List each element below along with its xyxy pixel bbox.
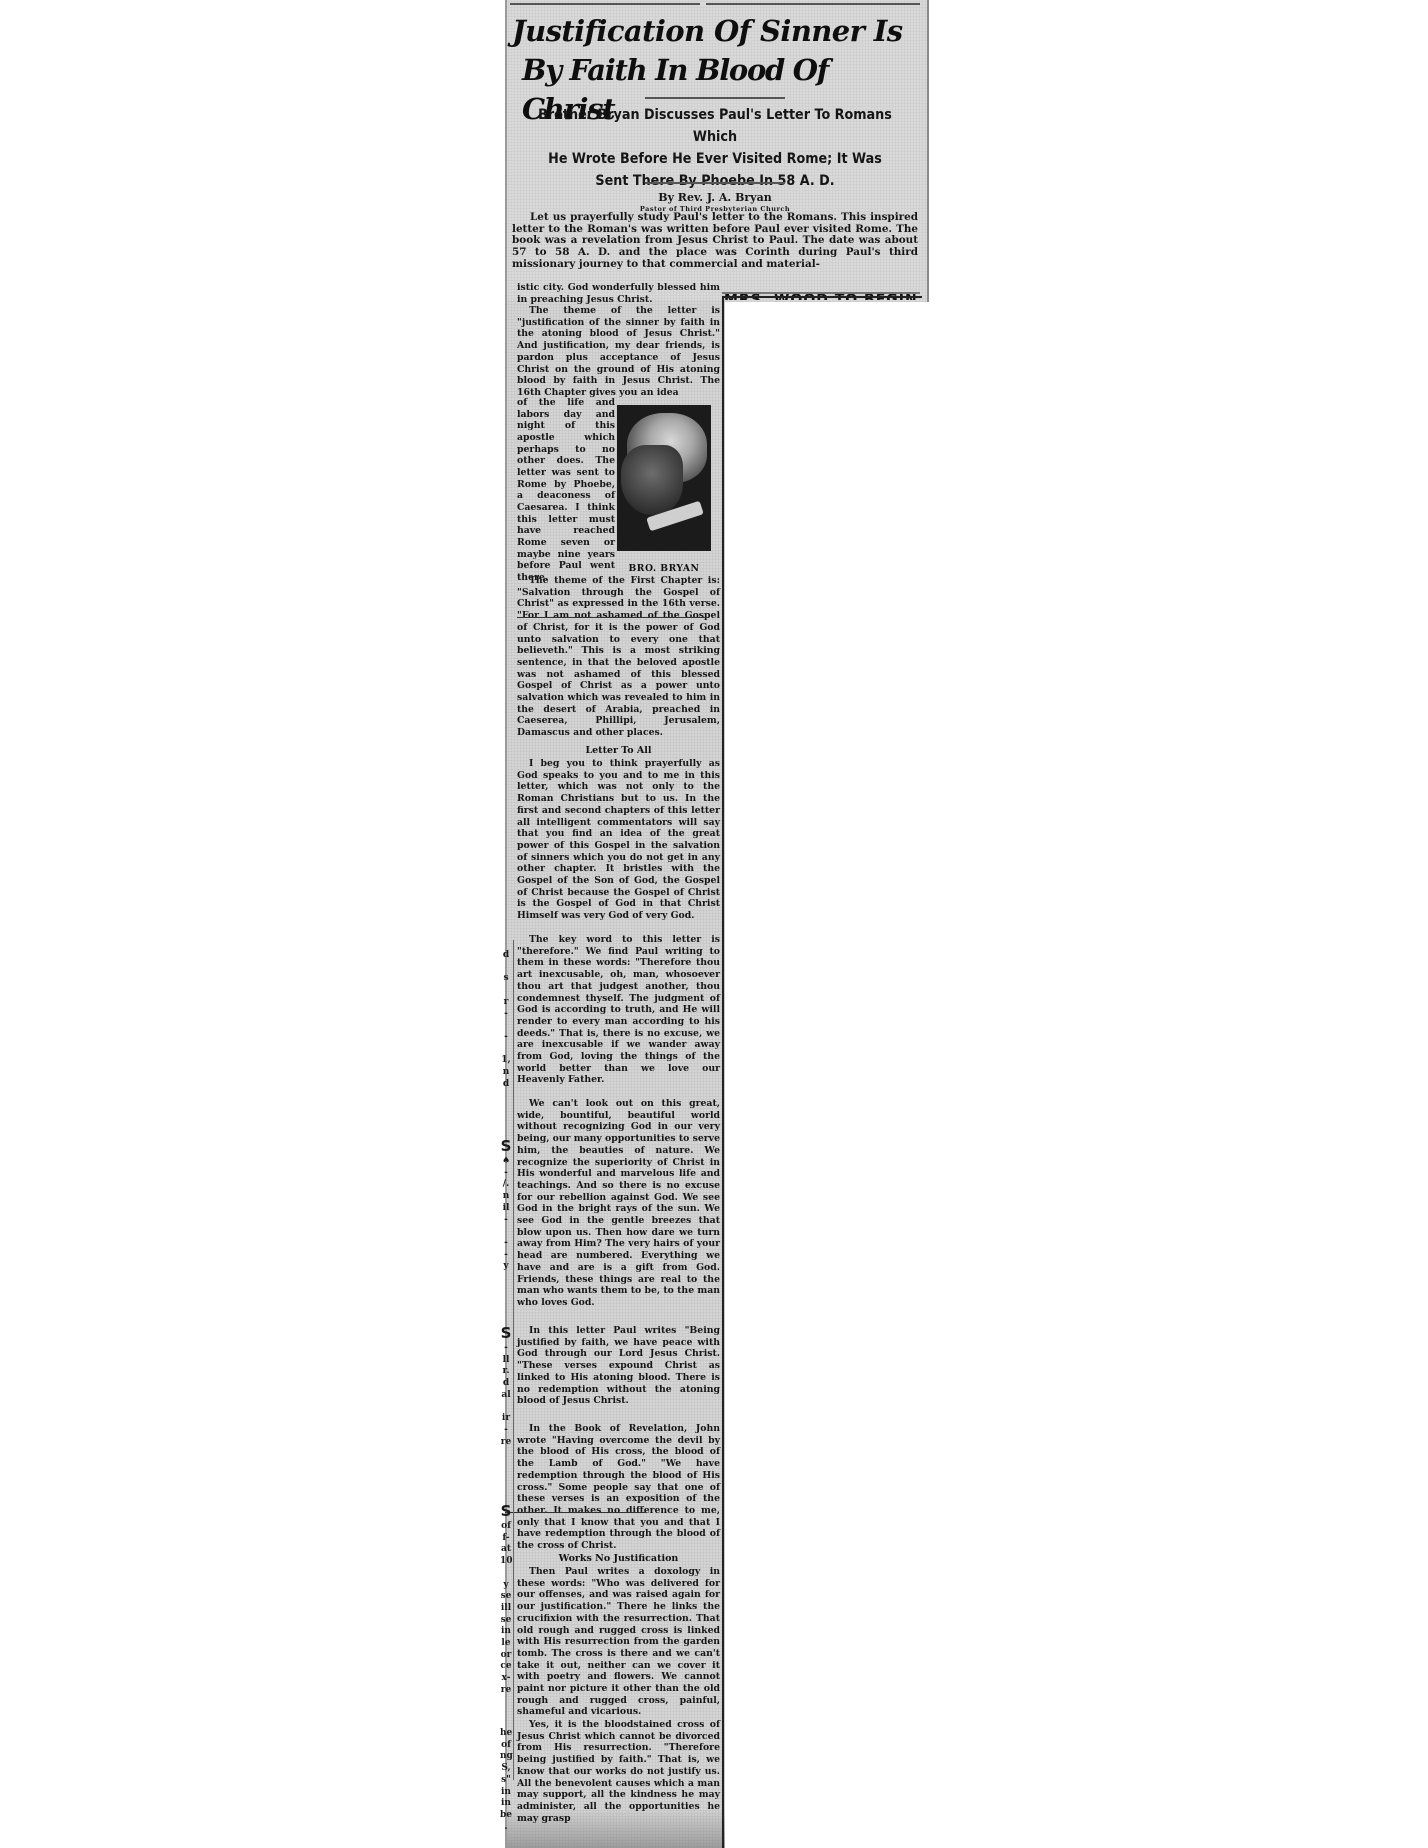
fragment: r. (500, 1366, 512, 1378)
adjacent-column-fragments-4: of f- at 10 y se ill se in le or ce x- r… (500, 1521, 512, 1697)
fragment: x- (500, 1673, 512, 1685)
adjacent-column-border (722, 296, 922, 298)
fragment: in (500, 1798, 512, 1810)
fragment: le (500, 1638, 512, 1650)
wrap-line: night of this (517, 420, 615, 432)
adjacent-heading-letter: S (500, 1503, 512, 1519)
wrap-line: letter was sent to (517, 467, 615, 479)
wrap-line: of the life and (517, 397, 615, 409)
fragment: y (500, 1261, 512, 1273)
print-scratch (505, 1512, 645, 1513)
fragment: n (500, 1191, 512, 1203)
fragment: ng (500, 1751, 512, 1763)
subhead-letter-to-all: Letter To All (517, 745, 720, 756)
fragment (500, 1020, 512, 1032)
fragment: /. (500, 1179, 512, 1191)
deck-rule (645, 182, 785, 184)
paragraph-letter-to-all: I beg you to think prayerfully as God sp… (517, 758, 720, 922)
fragment: - (500, 1032, 512, 1044)
fragment (500, 1226, 512, 1238)
fragment: ll (500, 1355, 512, 1367)
fragment: d (500, 950, 512, 962)
top-rule (510, 3, 920, 5)
fragment: - (500, 1168, 512, 1180)
fragment: se (500, 1591, 512, 1603)
fragment: s" (500, 1775, 512, 1787)
deck-line-2: He Wrote Before He Ever Visited Rome; It… (535, 148, 896, 170)
wrap-line: Rome seven or (517, 537, 615, 549)
portrait-face (621, 445, 683, 515)
fragment: of (500, 1740, 512, 1752)
portrait-photo (617, 405, 711, 551)
fragment: in (500, 1626, 512, 1638)
fragment: ir (500, 1413, 512, 1425)
intro-continuation: istic city. God wonderfully blessed him … (517, 282, 720, 305)
adjacent-heading-letter: S (500, 1325, 512, 1341)
wrap-line: a deaconess of (517, 490, 615, 502)
fragment: se (500, 1615, 512, 1627)
wrap-line: labors day and (517, 409, 615, 421)
wrap-line: perhaps to no (517, 444, 615, 456)
fragment: or (500, 1650, 512, 1662)
fragment: S, (500, 1763, 512, 1775)
key-word-text: The key word to this letter is "therefor… (517, 934, 720, 1086)
paragraph-key-word: The key word to this letter is "therefor… (517, 934, 720, 1086)
byline: By Rev. J. A. Bryan (505, 191, 925, 204)
article-deck: Brother Bryan Discusses Paul's Letter To… (535, 104, 896, 192)
deck-line-1: Brother Bryan Discusses Paul's Letter To… (535, 104, 896, 148)
wrap-line: before Paul went (517, 560, 615, 572)
fragment: - (500, 1238, 512, 1250)
fragment: . (500, 1822, 512, 1834)
fragment: be (500, 1810, 512, 1822)
adjacent-column-fragments-3: - ll r. d al ir - re (500, 1343, 512, 1448)
fragment: in (500, 1787, 512, 1799)
fragment (500, 962, 512, 974)
fragment (500, 1044, 512, 1056)
fragment (500, 1568, 512, 1580)
paragraph-bloodstained: Yes, it is the bloodstained cross of Jes… (517, 1719, 720, 1824)
revelation-text: In the Book of Revelation, John wrote "H… (517, 1423, 720, 1552)
deck-line-3: Sent There By Phoebe In 58 A. D. (535, 170, 896, 192)
fragment: ill (500, 1603, 512, 1615)
adjacent-column-fragments-1: d s r - - 1, n d (500, 950, 512, 1090)
headline-rule (645, 97, 785, 99)
wrap-line: maybe nine years (517, 549, 615, 561)
bloodstained-text: Yes, it is the bloodstained cross of Jes… (517, 1719, 720, 1824)
column-right-border (722, 296, 724, 1848)
fragment: 1, (500, 1055, 512, 1067)
fragment: - (500, 1250, 512, 1262)
adjacent-heading-letter: S (500, 1138, 512, 1154)
wrap-line: have reached (517, 525, 615, 537)
fragment: he (500, 1728, 512, 1740)
doxology-text: Then Paul writes a doxology in these wor… (517, 1566, 720, 1718)
fragment: - (500, 1343, 512, 1355)
fragment: d (500, 1378, 512, 1390)
fragment: f- (500, 1533, 512, 1545)
wrap-line: Caesarea. I think (517, 502, 615, 514)
fragment: re (500, 1437, 512, 1449)
fragment: 10 (500, 1556, 512, 1568)
wrap-line: Rome by Phoebe, (517, 479, 615, 491)
wrap-line: this letter must (517, 514, 615, 526)
top-rule-gap (700, 2, 706, 6)
print-scratch (517, 617, 707, 618)
photo-caption: BRO. BRYAN (612, 563, 716, 574)
paragraph-doxology: Then Paul writes a doxology in these wor… (517, 1566, 720, 1718)
fragment: of (500, 1521, 512, 1533)
fragment: - (500, 1425, 512, 1437)
fragment: d (500, 1079, 512, 1091)
adjacent-column-fragments-5: he of ng S, s" in in be . (500, 1728, 512, 1833)
look-out-text: We can't look out on this great, wide, b… (517, 1098, 720, 1309)
fragment: al (500, 1390, 512, 1402)
wrap-line: apostle which (517, 432, 615, 444)
fragment: at (500, 1544, 512, 1556)
being-justified-text: In this letter Paul writes "Being justif… (517, 1325, 720, 1407)
section-rule (722, 292, 920, 294)
intro-text: Let us prayerfully study Paul's letter t… (512, 211, 918, 270)
fragment: n (500, 1067, 512, 1079)
subhead-works-no-justification: Works No Justification (517, 1553, 720, 1564)
spade-icon: ♠ (500, 1156, 512, 1168)
first-chapter-text: The theme of the First Chapter is: "Salv… (517, 575, 720, 739)
fragment: s (500, 973, 512, 985)
wrapped-text-beside-photo: of the life and labors day and night of … (517, 397, 615, 584)
adjacent-column-fragments-2: ♠ - /. n il - - - y (500, 1156, 512, 1273)
intro-continued-text: istic city. God wonderfully blessed him … (517, 282, 720, 305)
letter-to-all-text: I beg you to think prayerfully as God sp… (517, 758, 720, 922)
paragraph-look-out: We can't look out on this great, wide, b… (517, 1098, 720, 1309)
fragment: r (500, 997, 512, 1009)
theme-text: The theme of the letter is "justificatio… (517, 305, 720, 399)
paragraph-first-chapter: The theme of the First Chapter is: "Salv… (517, 575, 720, 739)
fragment: ce (500, 1661, 512, 1673)
column-gutter-rule (513, 940, 514, 1780)
fragment: il (500, 1203, 512, 1215)
intro-paragraph: Let us prayerfully study Paul's letter t… (512, 212, 918, 271)
paragraph-theme: The theme of the letter is "justificatio… (517, 305, 720, 399)
headline-line-1: Justification Of Sinner Is (508, 12, 920, 51)
fragment: - (500, 1215, 512, 1227)
fragment (500, 985, 512, 997)
fragment: - (500, 1009, 512, 1021)
paragraph-revelation: In the Book of Revelation, John wrote "H… (517, 1423, 720, 1552)
paragraph-being-justified: In this letter Paul writes "Being justif… (517, 1325, 720, 1407)
wrap-line: other does. The (517, 455, 615, 467)
fragment: re (500, 1685, 512, 1697)
fragment (500, 1402, 512, 1414)
fragment: y (500, 1580, 512, 1592)
